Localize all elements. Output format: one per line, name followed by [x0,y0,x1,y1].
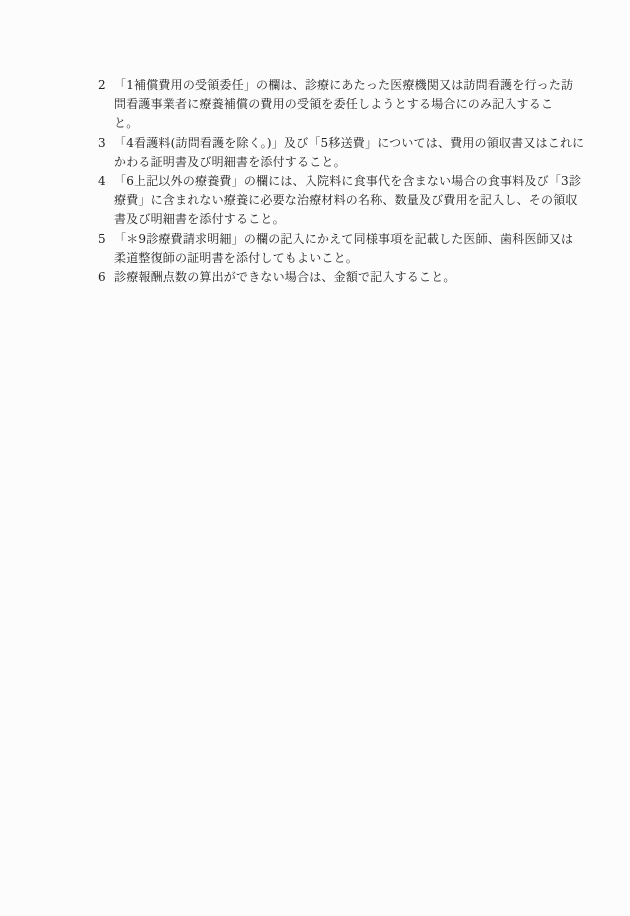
note-line: 柔道整復師の証明書を添付してもよいこと。 [114,249,568,268]
note-line: 書及び明細書を添付すること。 [114,210,568,229]
note-item-number: 6 [98,268,106,287]
note-line: 「1補償費用の受領委任」の欄は、診療にあたった医療機関又は訪問看護を行った訪 [114,76,568,95]
document-page: 2 「1補償費用の受領委任」の欄は、診療にあたった医療機関又は訪問看護を行った訪… [0,0,630,916]
note-item-number: 5 [98,230,106,249]
note-item-4: 4 「6上記以外の療養費」の欄には、入院料に食事代を含まない場合の食事料及び「3… [98,172,568,230]
note-item-5: 5 「＊9診療費請求明細」の欄の記入にかえて同様事項を記載した医師、歯科医師又は… [98,230,568,268]
note-item-2: 2 「1補償費用の受領委任」の欄は、診療にあたった医療機関又は訪問看護を行った訪… [98,76,568,134]
note-line: 療費」に含まれない療養に必要な治療材料の名称、数量及び費用を記入し、その領収 [114,191,568,210]
note-item-number: 3 [98,134,106,153]
notes-list: 2 「1補償費用の受領委任」の欄は、診療にあたった医療機関又は訪問看護を行った訪… [98,76,568,287]
note-item-text: 「1補償費用の受領委任」の欄は、診療にあたった医療機関又は訪問看護を行った訪 問… [114,76,568,134]
note-item-text: 「4看護料(訪問看護を除く。)」及び「5移送費」については、費用の領収書又はこれ… [114,134,568,172]
note-line: 「＊9診療費請求明細」の欄の記入にかえて同様事項を記載した医師、歯科医師又は [114,230,568,249]
note-line: 「4看護料(訪問看護を除く。)」及び「5移送費」については、費用の領収書又はこれ… [114,134,568,153]
note-line: と。 [114,114,568,133]
note-line: かわる証明書及び明細書を添付すること。 [114,153,568,172]
note-line: 「6上記以外の療養費」の欄には、入院料に食事代を含まない場合の食事料及び「3診 [114,172,568,191]
note-item-text: 「6上記以外の療養費」の欄には、入院料に食事代を含まない場合の食事料及び「3診 … [114,172,568,230]
note-item-3: 3 「4看護料(訪問看護を除く。)」及び「5移送費」については、費用の領収書又は… [98,134,568,172]
note-line: 問看護事業者に療養補償の費用の受領を委任しようとする場合にのみ記入するこ [114,95,568,114]
note-item-text: 診療報酬点数の算出ができない場合は、金額で記入すること。 [114,268,568,287]
note-item-number: 2 [98,76,106,95]
note-item-6: 6 診療報酬点数の算出ができない場合は、金額で記入すること。 [98,268,568,287]
note-item-number: 4 [98,172,106,191]
note-item-text: 「＊9診療費請求明細」の欄の記入にかえて同様事項を記載した医師、歯科医師又は 柔… [114,230,568,268]
note-line: 診療報酬点数の算出ができない場合は、金額で記入すること。 [114,268,568,287]
